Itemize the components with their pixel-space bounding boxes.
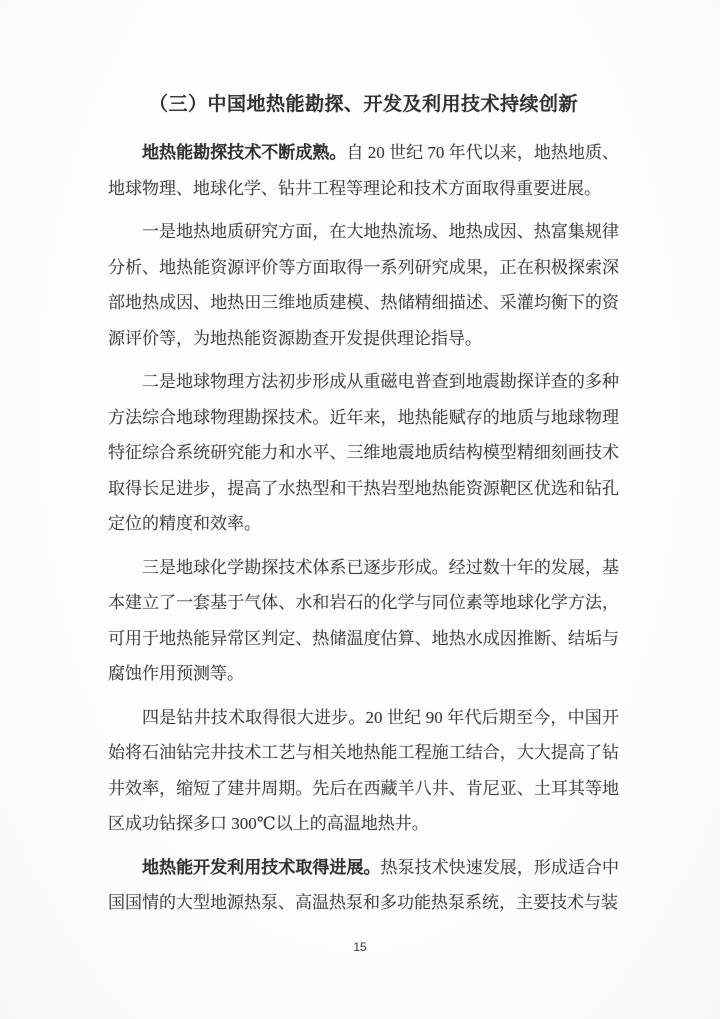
paragraph-text: 一是地热地质研究方面，在大地热流场、地热成因、热富集规律分析、地热能资源评价等方… xyxy=(108,222,619,348)
paragraph: 地热能开发利用技术取得进展。热泵技术快速发展，形成适合中国国情的大型地源热泵、高… xyxy=(108,850,619,921)
paragraph: 二是地球物理方法初步形成从重磁电普查到地震勘探详查的多种方法综合地球物理勘探技术… xyxy=(108,364,619,542)
paragraph-text: 四是钻井技术取得很大进步。20 世纪 90 年代后期至今，中国开始将石油钻完井技… xyxy=(108,708,619,834)
document-content: （三）中国地热能勘探、开发及利用技术持续创新 地热能勘探技术不断成熟。自 20 … xyxy=(108,0,619,929)
page-number: 15 xyxy=(0,940,720,954)
paragraph: 四是钻井技术取得很大进步。20 世纪 90 年代后期至今，中国开始将石油钻完井技… xyxy=(108,700,619,842)
document-page: （三）中国地热能勘探、开发及利用技术持续创新 地热能勘探技术不断成熟。自 20 … xyxy=(0,0,720,1019)
section-heading: （三）中国地热能勘探、开发及利用技术持续创新 xyxy=(108,90,619,119)
paragraph: 一是地热地质研究方面，在大地热流场、地热成因、热富集规律分析、地热能资源评价等方… xyxy=(108,214,619,356)
paragraph: 三是地球化学勘探技术体系已逐步形成。经过数十年的发展，基本建立了一套基于气体、水… xyxy=(108,550,619,692)
paragraph: 地热能勘探技术不断成熟。自 20 世纪 70 年代以来，地热地质、地球物理、地球… xyxy=(108,135,619,206)
paragraph-text: 二是地球物理方法初步形成从重磁电普查到地震勘探详查的多种方法综合地球物理勘探技术… xyxy=(108,372,619,533)
paragraph-bold-lead: 地热能勘探技术不断成熟。 xyxy=(142,143,346,162)
paragraph-bold-lead: 地热能开发利用技术取得进展。 xyxy=(142,858,381,877)
paragraph-text: 三是地球化学勘探技术体系已逐步形成。经过数十年的发展，基本建立了一套基于气体、水… xyxy=(108,558,619,684)
